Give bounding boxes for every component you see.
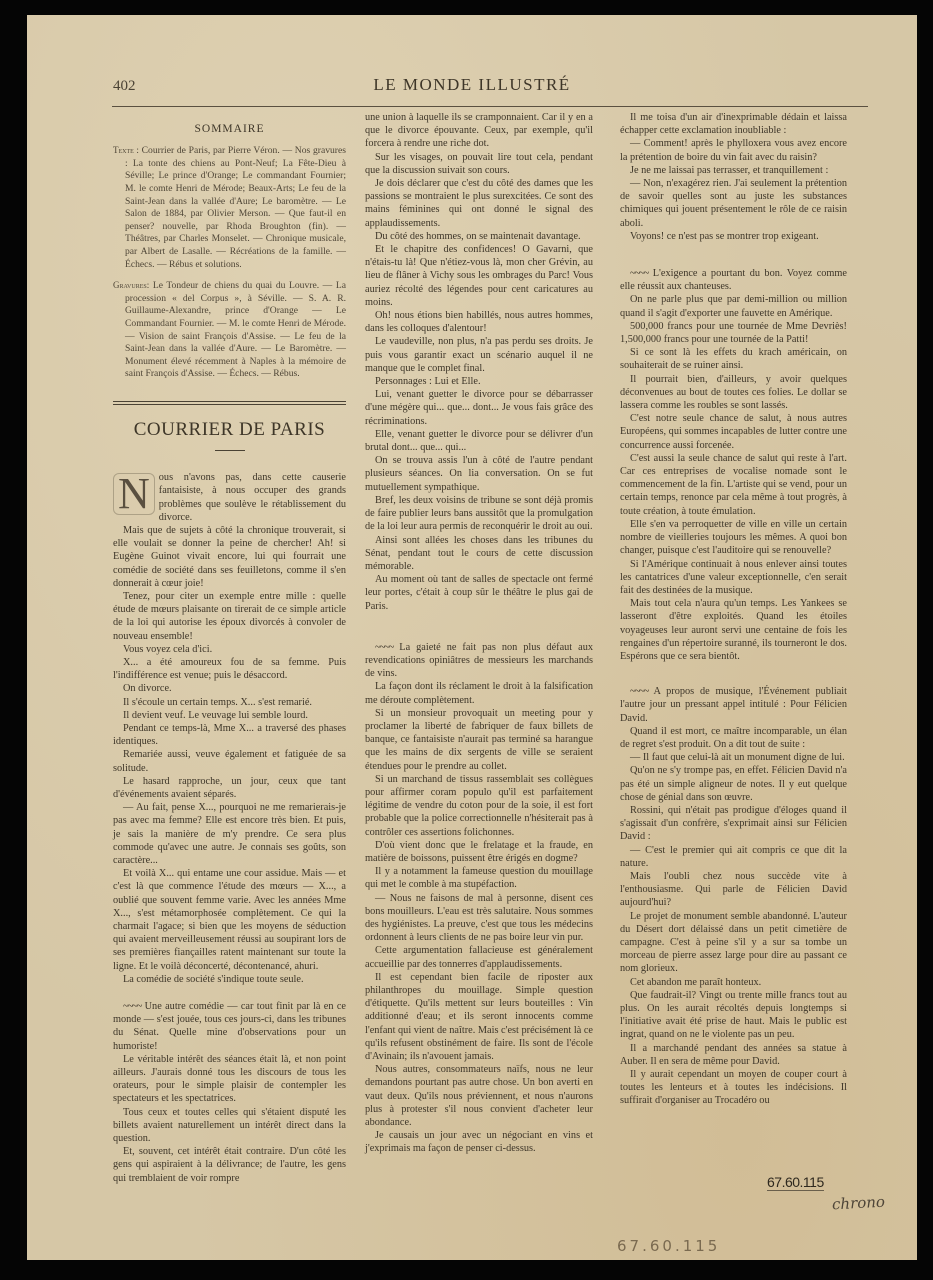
paragraph: La comédie de société s'indique toute se… — [113, 973, 346, 986]
paragraph: Je ne me laissai pas terrasser, et tranq… — [620, 164, 847, 177]
paragraph: D'où vient donc que le frelatage et la f… — [365, 839, 593, 865]
paragraph: Mais l'oubli chez nous succède vite à l'… — [620, 870, 847, 910]
paragraph: — C'est le premier qui ait compris ce qu… — [620, 844, 847, 870]
paragraph: Voyons! ce n'est pas se montrer trop exi… — [620, 230, 847, 243]
paragraph: — Comment! après le phylloxera vous avez… — [620, 137, 847, 163]
paragraph: Je dois déclarer que c'est du côté des d… — [365, 177, 593, 230]
sommaire-texte-body: Courrier de Paris, par Pierre Véron. — N… — [125, 145, 346, 269]
paragraph: Tous ceux et toutes celles qui s'étaient… — [113, 1106, 346, 1146]
paragraph: Bref, les deux voisins de tribune se son… — [365, 494, 593, 534]
paragraph: Il y aurait cependant un moyen de couper… — [620, 1068, 847, 1108]
paragraph: Qu'on ne s'y trompe pas, en effet. Félic… — [620, 764, 847, 804]
header-rule — [112, 106, 868, 107]
paragraph: Il pourrait bien, d'ailleurs, y avoir qu… — [620, 373, 847, 413]
section-marker-icon: ~~~~ — [123, 1001, 141, 1012]
paragraph: Le hasard rapproche, un jour, ceux que t… — [113, 775, 346, 801]
paragraph: Il me toisa d'un air d'inexprimable déda… — [620, 111, 847, 137]
paragraph: ~~~~ L'exigence a pourtant du bon. Voyez… — [620, 267, 847, 293]
sommaire-title: SOMMAIRE — [113, 123, 346, 136]
masthead-title: LE MONDE ILLUSTRÉ — [27, 75, 917, 95]
paragraph: Que faudrait-il? Vingt ou trente mille f… — [620, 989, 847, 1042]
column-1: SOMMAIRE Texte : Courrier de Paris, par … — [113, 111, 346, 1185]
paragraph: 500,000 francs pour une tournée de Mme D… — [620, 320, 847, 346]
paragraph: Et le chapitre des confidences! O Gavarn… — [365, 243, 593, 309]
sommaire-texte: Texte : Courrier de Paris, par Pierre Vé… — [113, 144, 346, 271]
section-marker-icon: ~~~~ — [375, 642, 393, 653]
paragraph: Remariée aussi, veuve également et fatig… — [113, 748, 346, 774]
paragraph: Nous autres, consommateurs naïfs, nous n… — [365, 1063, 593, 1129]
paragraph: Le véritable intérêt des séances était l… — [113, 1053, 346, 1106]
paragraph: Pendant ce temps-là, Mme X... a traversé… — [113, 722, 346, 748]
sommaire-gravures-label: Gravures: — [113, 280, 149, 290]
paragraph: Lui, venant guetter le divorce pour se d… — [365, 388, 593, 428]
paragraph: C'est notre seule chance de salut, à nou… — [620, 412, 847, 452]
paragraph: Et voilà X... qui entame une cour assidu… — [113, 867, 346, 973]
handwritten-note: chrono — [832, 1193, 886, 1214]
paragraph: Il y a notamment la fameuse question du … — [365, 865, 593, 891]
paragraph: Si ce sont là les effets du krach améric… — [620, 346, 847, 372]
paragraph: — Non, n'exagérez rien. J'ai seulement l… — [620, 177, 847, 230]
sommaire-texte-label: Texte : — [113, 145, 139, 155]
paragraph: Tenez, pour citer un exemple entre mille… — [113, 590, 346, 643]
paragraph: Elle s'en va perroquetter de ville en vi… — [620, 518, 847, 558]
paragraph: Il est cependant bien facile de riposter… — [365, 971, 593, 1063]
paragraph: Du côté des hommes, on se maintenait dav… — [365, 230, 593, 243]
paragraph: Le projet de monument semble abandonné. … — [620, 910, 847, 976]
title-rule — [215, 450, 245, 451]
sommaire-gravures: Gravures: Le Tondeur de chiens du quai d… — [113, 279, 346, 381]
sommaire-gravures-body: Le Tondeur de chiens du quai du Louvre. … — [125, 280, 346, 379]
section-marker-icon: ~~~~ — [630, 268, 648, 279]
paragraph: X... a été amoureux fou de sa femme. Pui… — [113, 656, 346, 682]
dropcap-ornament: N — [113, 473, 155, 515]
paragraph: — Au fait, pense X..., pourquoi ne me re… — [113, 801, 346, 867]
paragraph: Personnages : Lui et Elle. — [365, 375, 593, 388]
paragraph: Il s'écoule un certain temps. X... s'est… — [113, 696, 346, 709]
paragraph: — Nous ne faisons de mal à personne, dis… — [365, 892, 593, 945]
paragraph: Rossini, qui n'était pas prodigue d'élog… — [620, 804, 847, 844]
paragraph: Je causais un jour avec un négociant en … — [365, 1129, 593, 1155]
paragraph: Sur les visages, on pouvait lire tout ce… — [365, 151, 593, 177]
paragraph: Et, souvent, cet intérêt était contraire… — [113, 1145, 346, 1185]
paragraph: Oh! nous étions bien habillés, nous autr… — [365, 309, 593, 335]
inventory-number-handwritten: 67.60.115 — [617, 1237, 720, 1255]
paragraph: ~~~~ La gaieté ne fait pas non plus défa… — [365, 641, 593, 681]
paragraph: On se trouva assis l'un à côté de l'autr… — [365, 454, 593, 494]
paragraph: Mais que de sujets à côté la chronique t… — [113, 524, 346, 590]
paragraph: Il devient veuf. Le veuvage lui semble l… — [113, 709, 346, 722]
paragraph: On ne parle plus que par demi-million ou… — [620, 293, 847, 319]
paragraph: Quand il est mort, ce maître incomparabl… — [620, 725, 847, 751]
column-3: Il me toisa d'un air d'inexprimable déda… — [620, 111, 847, 1108]
paragraph: ~~~~ Une autre comédie — car tout finit … — [113, 1000, 346, 1053]
paragraph: Il a marchandé pendant des années sa sta… — [620, 1042, 847, 1068]
paragraph: une union à laquelle ils se cramponnaien… — [365, 111, 593, 151]
paragraph: C'est aussi la seule chance de salut qui… — [620, 452, 847, 518]
inventory-number-stamp: 67.60.115 — [767, 1174, 824, 1191]
paragraph: Au moment où tant de salles de spectacle… — [365, 573, 593, 613]
paragraph: Elle, venant guetter le divorce pour se … — [365, 428, 593, 454]
paragraph: Nous n'avons pas, dans cette causerie fa… — [113, 471, 346, 524]
paragraph: Mais tout cela n'aura qu'un temps. Les Y… — [620, 597, 847, 663]
paragraph: Vous voyez cela d'ici. — [113, 643, 346, 656]
paragraph: Si un marchand de tissus rassemblait ses… — [365, 773, 593, 839]
paragraph: Cet abandon me paraît honteux. — [620, 976, 847, 989]
newspaper-page: 402 LE MONDE ILLUSTRÉ SOMMAIRE Texte : C… — [27, 15, 917, 1260]
paragraph: Cette argumentation fallacieuse est géné… — [365, 944, 593, 970]
paragraph: Ainsi sont allées les choses dans les tr… — [365, 534, 593, 574]
section-marker-icon: ~~~~ — [630, 686, 648, 697]
paragraph: La façon dont ils réclament le droit à l… — [365, 680, 593, 706]
paragraph: Si l'Amérique continuait à nous enlever … — [620, 558, 847, 598]
paragraph: On divorce. — [113, 682, 346, 695]
paragraph: Le vaudeville, non plus, n'a pas perdu s… — [365, 335, 593, 375]
paragraph: — Il faut que celui-là ait un monument d… — [620, 751, 847, 764]
column-2: une union à laquelle ils se cramponnaien… — [365, 111, 593, 1156]
section-divider — [113, 401, 346, 405]
sommaire-box: SOMMAIRE Texte : Courrier de Paris, par … — [113, 123, 346, 381]
paragraph: Si un monsieur provoquait un meeting pou… — [365, 707, 593, 773]
article-title: COURRIER DE PARIS — [113, 423, 346, 436]
paragraph: ~~~~ A propos de musique, l'Événement pu… — [620, 685, 847, 725]
